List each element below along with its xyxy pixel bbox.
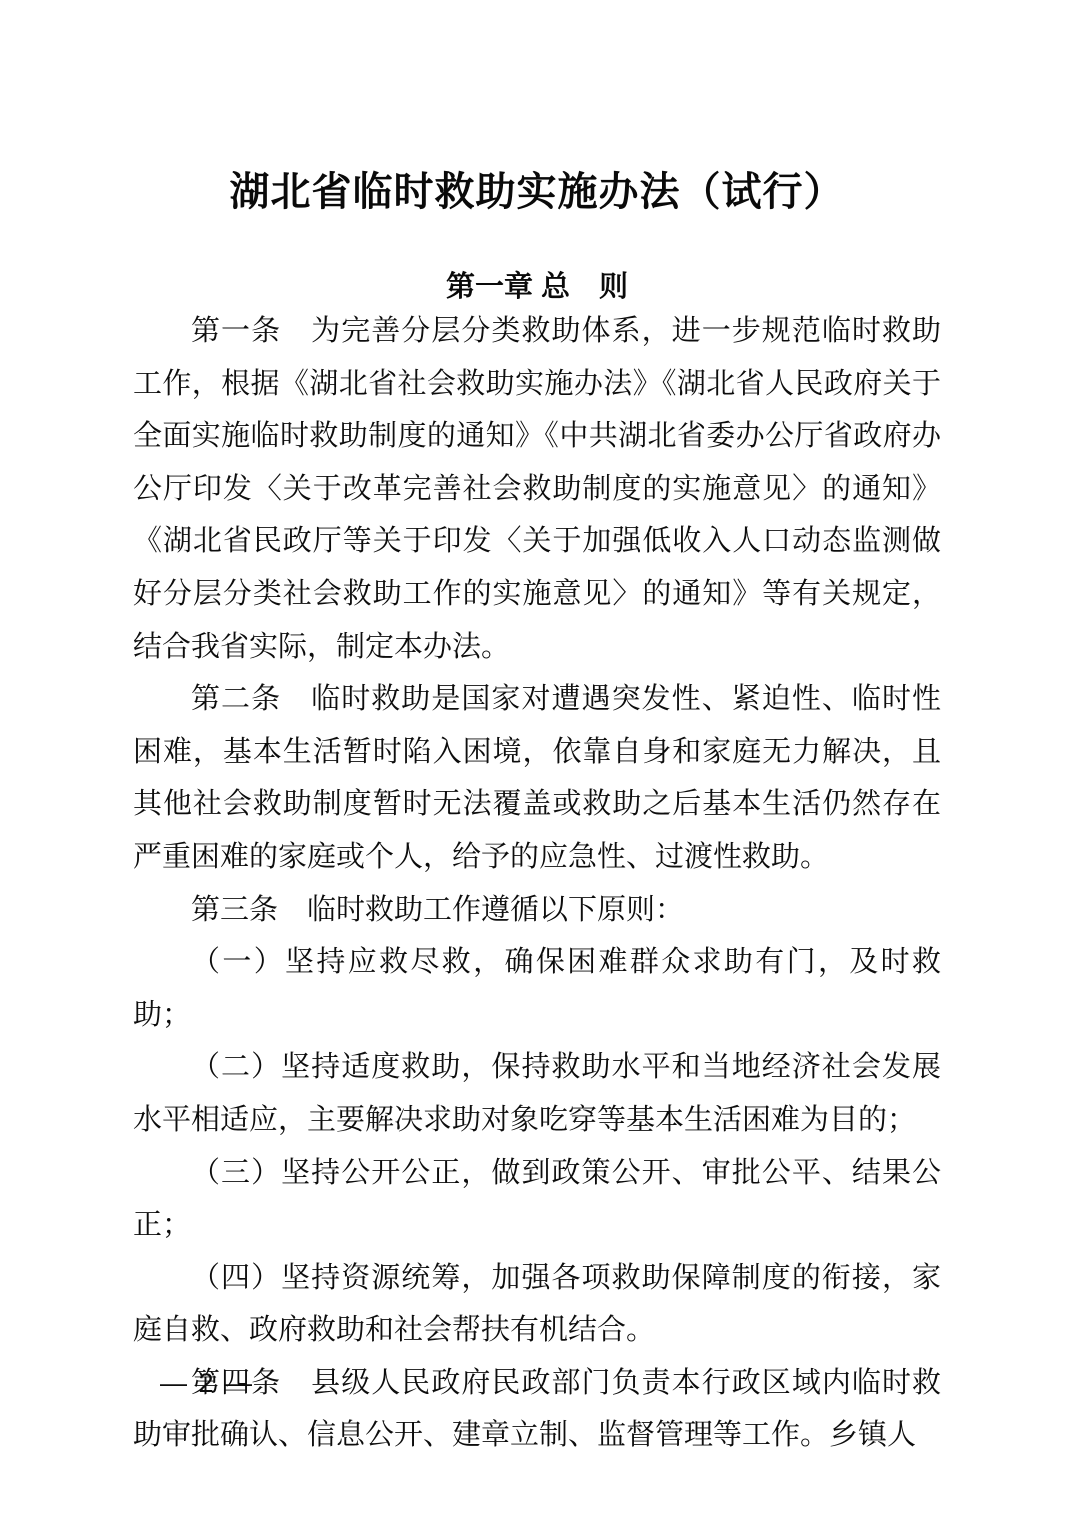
principle-item-1: （一）坚持应救尽救，确保困难群众求助有门，及时救助； [133, 936, 941, 1041]
article-4-paragraph: 第四条 县级人民政府民政部门负责本行政区域内临时救助审批确认、信息公开、建章立制… [133, 1357, 941, 1462]
page-number: — 2 — [160, 1368, 254, 1399]
principle-item-2: （二）坚持适度救助，保持救助水平和当地经济社会发展水平相适应，主要解决求助对象吃… [133, 1041, 941, 1146]
article-2-paragraph: 第二条 临时救助是国家对遭遇突发性、紧迫性、临时性困难，基本生活暂时陷入困境，依… [133, 673, 941, 883]
chapter-heading: 第一章 总 则 [0, 264, 1074, 305]
document-body: 第一条 为完善分层分类救助体系，进一步规范临时救助工作，根据《湖北省社会救助实施… [133, 305, 941, 1462]
article-1-paragraph: 第一条 为完善分层分类救助体系，进一步规范临时救助工作，根据《湖北省社会救助实施… [133, 305, 941, 673]
document-title: 湖北省临时救助实施办法（试行） [0, 160, 1074, 217]
principle-item-3: （三）坚持公开公正，做到政策公开、审批公平、结果公正； [133, 1147, 941, 1252]
document-page: 湖北省临时救助实施办法（试行） 第一章 总 则 第一条 为完善分层分类救助体系，… [0, 0, 1074, 1520]
principle-item-4: （四）坚持资源统筹，加强各项救助保障制度的衔接，家庭自救、政府救助和社会帮扶有机… [133, 1252, 941, 1357]
article-3-paragraph: 第三条 临时救助工作遵循以下原则： [133, 884, 941, 937]
